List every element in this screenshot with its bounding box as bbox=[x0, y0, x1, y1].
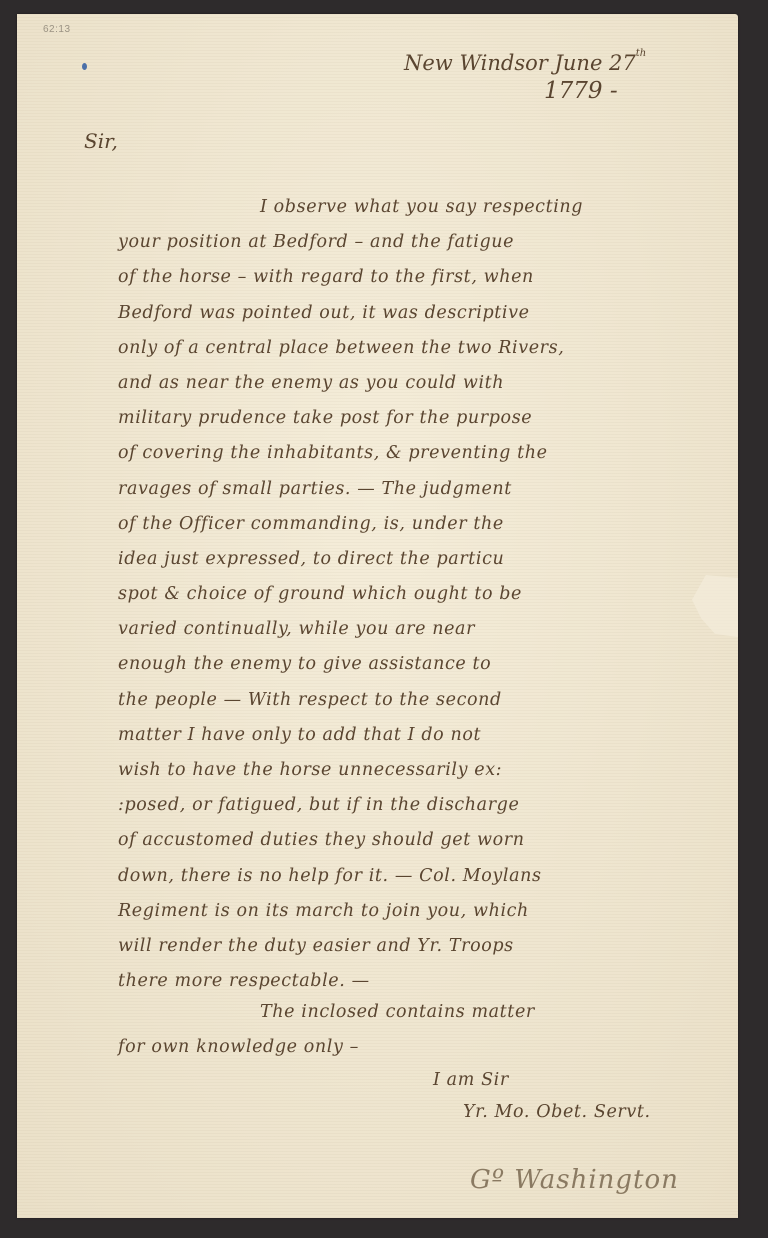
body-line: wish to have the horse unnecessarily ex: bbox=[118, 753, 718, 788]
complimentary-close: I am Sir bbox=[118, 1065, 651, 1095]
body-line: matter I have only to add that I do not bbox=[118, 718, 718, 753]
body-line: down, there is no help for it. — Col. Mo… bbox=[118, 859, 718, 894]
servant-line: Yr. Mo. Obet. Servt. bbox=[118, 1095, 651, 1130]
place-date: New Windsor June 27 bbox=[404, 51, 636, 75]
body-line: ravages of small parties. — The judgment bbox=[118, 472, 718, 507]
body-line: Bedford was pointed out, it was descript… bbox=[118, 296, 718, 331]
body-line: idea just expressed, to direct the parti… bbox=[118, 542, 718, 577]
archive-number: 62:13 bbox=[43, 24, 71, 35]
year: 1779 - bbox=[544, 78, 618, 104]
body-line: I observe what you say respecting bbox=[118, 190, 718, 225]
body-line: and as near the enemy as you could with bbox=[118, 366, 718, 401]
date-suffix: th bbox=[636, 48, 646, 59]
body-line: military prudence take post for the purp… bbox=[118, 401, 718, 436]
letter-closing: The inclosed contains matter for own kno… bbox=[118, 995, 651, 1130]
signature: Gº Washington bbox=[470, 1165, 679, 1195]
body-line: of the Officer commanding, is, under the bbox=[118, 507, 718, 542]
postscript-line: for own knowledge only – bbox=[118, 1030, 651, 1065]
blue-ink-mark bbox=[82, 63, 87, 70]
body-line: spot & choice of ground which ought to b… bbox=[118, 577, 718, 612]
body-line: Regiment is on its march to join you, wh… bbox=[118, 894, 718, 929]
body-line: the people — With respect to the second bbox=[118, 683, 718, 718]
body-line: :posed, or fatigued, but if in the disch… bbox=[118, 788, 718, 823]
letter-body: I observe what you say respecting your p… bbox=[118, 190, 718, 999]
body-line: of the horse – with regard to the first,… bbox=[118, 260, 718, 295]
body-line: will render the duty easier and Yr. Troo… bbox=[118, 929, 718, 964]
body-line: enough the enemy to give assistance to bbox=[118, 647, 718, 682]
body-line: only of a central place between the two … bbox=[118, 331, 718, 366]
postscript-line: The inclosed contains matter bbox=[118, 995, 651, 1030]
salutation: Sir, bbox=[84, 129, 118, 153]
body-line: varied continually, while you are near bbox=[118, 612, 718, 647]
body-line: your position at Bedford – and the fatig… bbox=[118, 225, 718, 260]
body-line: of covering the inhabitants, & preventin… bbox=[118, 436, 718, 471]
dateline: New Windsor June 27th bbox=[404, 48, 646, 75]
body-line: of accustomed duties they should get wor… bbox=[118, 823, 718, 858]
